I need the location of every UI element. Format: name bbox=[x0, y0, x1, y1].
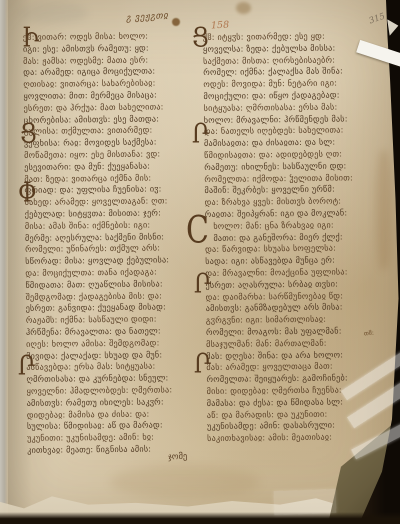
paragraph-initial: Ր bbox=[18, 353, 35, 381]
left-column: ქჱ: ვითარ: ოდეს მისა: ხოლო:იგი: ესე: ამი… bbox=[23, 30, 201, 456]
paragraph-initial: Ϲ bbox=[186, 212, 209, 250]
catchword: ჯომე bbox=[168, 452, 188, 463]
book-edge bbox=[0, 0, 8, 524]
paragraph-initial: Ր bbox=[192, 121, 209, 149]
paragraph-initial: Ր bbox=[194, 351, 211, 379]
repair-tape bbox=[274, 489, 337, 515]
paragraph-initial: Ց bbox=[20, 121, 36, 149]
photo-backdrop-bottom bbox=[0, 512, 400, 524]
paragraph-initial: Փ bbox=[18, 180, 37, 208]
folio-number: 158 bbox=[211, 20, 230, 32]
paragraph-initial: Ր bbox=[194, 271, 211, 299]
paragraph-initial: Ց bbox=[192, 25, 208, 53]
manuscript-photo: ჷ ვეჟჷთჲ 158 ქჱ: ვითარ: ოდეს მისა: ხოლო:… bbox=[0, 0, 400, 524]
margin-note: თჱ: bbox=[364, 330, 374, 338]
paragraph-initial: Ի bbox=[22, 25, 39, 53]
